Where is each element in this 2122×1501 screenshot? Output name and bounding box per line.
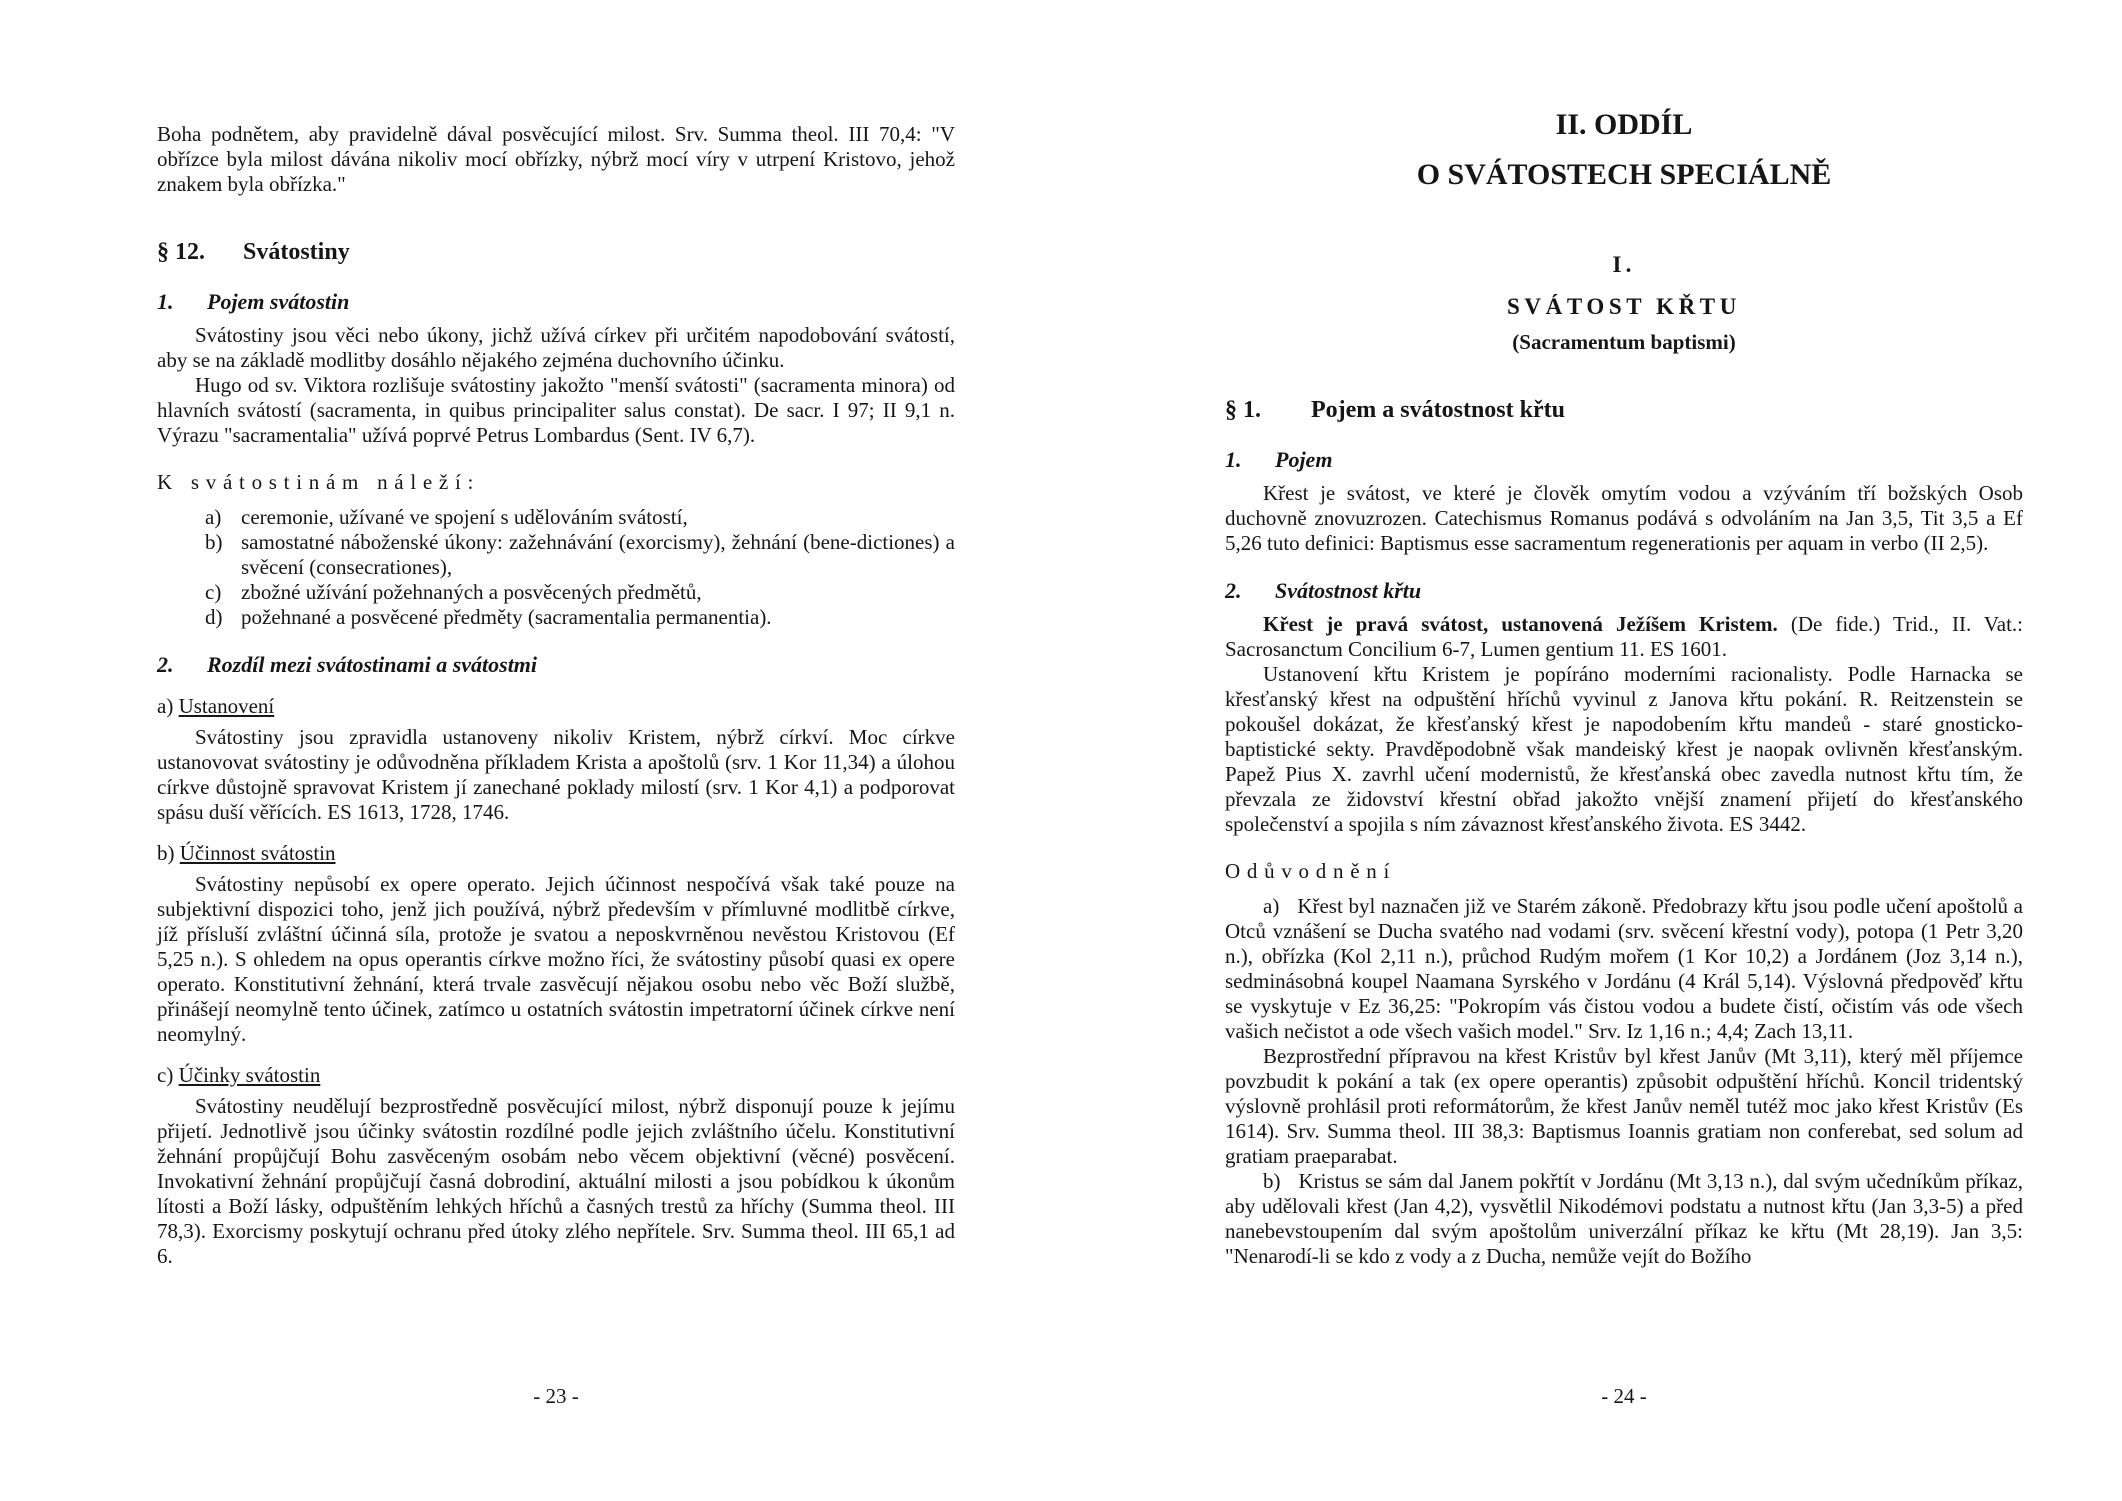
subsection-heading-1: 1.Pojem (1225, 447, 2023, 473)
subsection-number: 1. (1225, 447, 1275, 473)
subsection-title: Pojem svátostin (207, 289, 349, 314)
list-item: a)ceremonie, užívané ve spojení s udělov… (157, 505, 955, 530)
chapter-numeral: I. (1225, 252, 2023, 278)
paragraph-lettered-a: a)Křest byl naznačen již ve Starém zákon… (1225, 894, 2023, 1044)
paragraph: Ustanovení křtu Kristem je popíráno mode… (1225, 662, 2023, 837)
section-heading-1: § 1.Pojem a svátostnost křtu (1225, 395, 2023, 425)
underlined-label-a: a) Ustanovení (157, 694, 955, 719)
list-item-text: samostatné náboženské úkony: zažehnávání… (241, 530, 955, 579)
list-marker: d) (205, 605, 223, 630)
label-text: Účinnost svátostin (180, 841, 336, 865)
subsection-heading-2: 2.Svátostnost křtu (1225, 578, 2023, 604)
page-number-right: - 24 - (1225, 1384, 2023, 1409)
label-marker: a) (157, 694, 173, 718)
list-item-text: zbožné užívání požehnaných a posvěcených… (241, 580, 702, 604)
list-item-text: ceremonie, užívané ve spojení s udělován… (241, 505, 688, 529)
subsection-heading-2: 2.Rozdíl mezi svátostinami a svátostmi (157, 652, 955, 678)
part-heading-line2: O SVÁTOSTECH SPECIÁLNĚ (1225, 150, 2023, 200)
page-number-left: - 23 - (157, 1384, 955, 1409)
label-text: Ustanovení (179, 694, 275, 718)
part-heading-line1: II. ODDÍL (1225, 100, 2023, 150)
section-heading-12: § 12.Svátostiny (157, 237, 955, 267)
paragraph-marker: a) (1263, 894, 1279, 918)
paragraph-marker: b) (1263, 1169, 1281, 1193)
label-marker: c) (157, 1063, 173, 1087)
section-number: § 1. (1225, 395, 1311, 425)
label-marker: b) (157, 841, 175, 865)
paragraph: Svátostiny neudělují bezprostředně posvě… (157, 1094, 955, 1269)
underlined-label-c: c) Účinky svátostin (157, 1063, 955, 1088)
label-text: Účinky svátostin (179, 1063, 321, 1087)
right-page: II. ODDÍL O SVÁTOSTECH SPECIÁLNĚ I. SVÁT… (1225, 0, 2023, 1501)
paragraph: Bezprostřední přípravou na křest Kristův… (1225, 1044, 2023, 1169)
paragraph: Křest je svátost, ve které je člověk omy… (1225, 481, 2023, 556)
paragraph-continuation: Boha podnětem, aby pravidelně dával posv… (157, 122, 955, 197)
section-number: § 12. (157, 237, 243, 267)
section-title: Pojem a svátostnost křtu (1311, 397, 1565, 423)
chapter-subtitle: (Sacramentum baptismi) (1225, 330, 2023, 355)
subsection-number: 2. (1225, 578, 1275, 604)
paragraph-bold-lead: Křest je pravá svátost, ustanovená Ježíš… (1225, 612, 2023, 662)
paragraph-text: Křest byl naznačen již ve Starém zákoně.… (1225, 894, 2023, 1043)
subsection-heading-1: 1.Pojem svátostin (157, 289, 955, 315)
list-item: d)požehnané a posvěcené předměty (sacram… (157, 605, 955, 630)
subsection-title: Pojem (1275, 447, 1332, 472)
list-marker: c) (205, 580, 221, 605)
paragraph: Svátostiny jsou zpravidla ustanoveny nik… (157, 725, 955, 825)
list-item-text: požehnané a posvěcené předměty (sacramen… (241, 605, 772, 629)
paragraph: Svátostiny jsou věci nebo úkony, jichž u… (157, 323, 955, 373)
section-title: Svátostiny (243, 239, 350, 265)
left-page: Boha podnětem, aby pravidelně dával posv… (157, 0, 955, 1501)
subsection-title: Rozdíl mezi svátostinami a svátostmi (207, 652, 537, 677)
list-item: b)samostatné náboženské úkony: zažehnává… (157, 530, 955, 580)
list-marker: a) (205, 505, 221, 530)
spaced-heading: Odůvodnění (1225, 859, 2023, 884)
chapter-title: SVÁTOST KŘTU (1225, 294, 2023, 320)
paragraph: Svátostiny nepůsobí ex opere operato. Je… (157, 872, 955, 1047)
paragraph-lettered-b: b)Kristus se sám dal Janem pokřtít v Jor… (1225, 1169, 2023, 1269)
lettered-list: a)ceremonie, užívané ve spojení s udělov… (157, 505, 955, 630)
spaced-heading: K svátostinám náleží: (157, 470, 955, 495)
subsection-number: 1. (157, 289, 207, 315)
paragraph: Hugo od sv. Viktora rozlišuje svátostiny… (157, 373, 955, 448)
bold-statement: Křest je pravá svátost, ustanovená Ježíš… (1263, 612, 1778, 636)
list-item: c)zbožné užívání požehnaných a posvěcený… (157, 580, 955, 605)
subsection-title: Svátostnost křtu (1275, 578, 1421, 603)
paragraph-text: Kristus se sám dal Janem pokřtít v Jordá… (1225, 1169, 2023, 1268)
list-marker: b) (205, 530, 223, 555)
underlined-label-b: b) Účinnost svátostin (157, 841, 955, 866)
subsection-number: 2. (157, 652, 207, 678)
